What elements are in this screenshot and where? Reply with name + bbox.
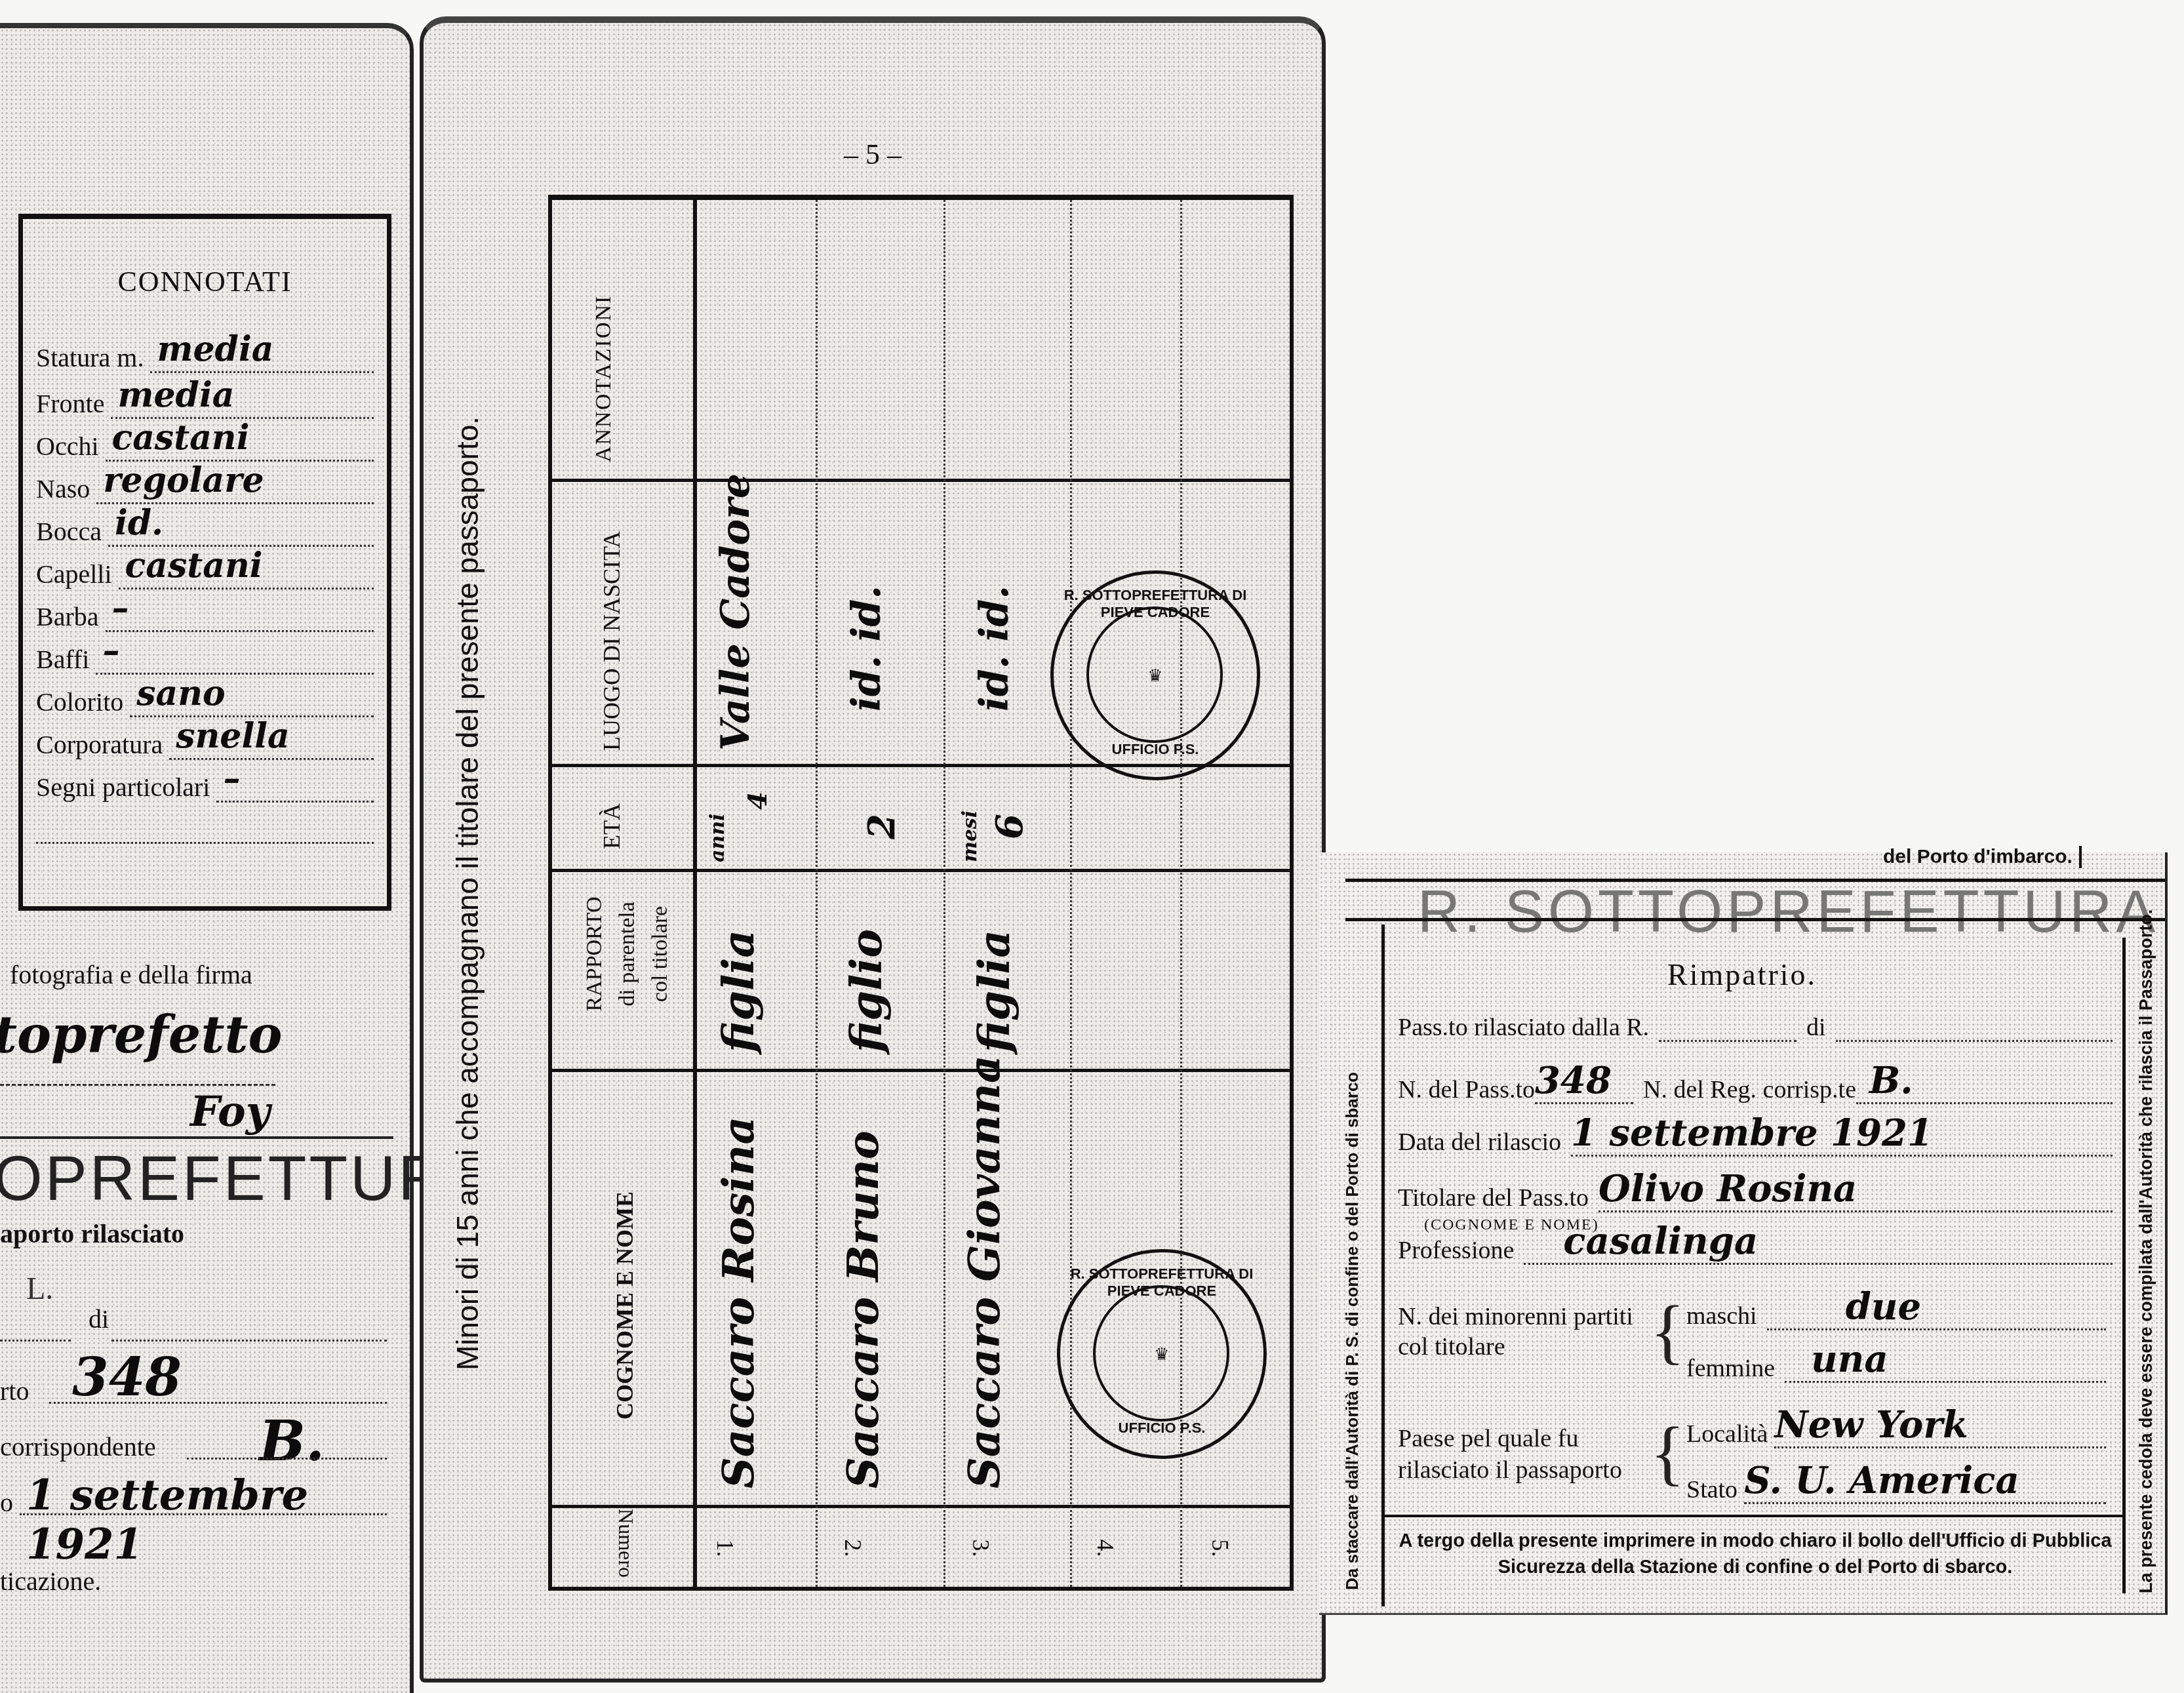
date-label: o [0, 1487, 13, 1518]
dotted-line [20, 1513, 387, 1515]
left-side-text: Da staccare dall'Autorità di P. S. di co… [1342, 1072, 1362, 1590]
connotati-row: Coloritosano [36, 671, 374, 717]
row-2-birthplace: id. id. [844, 586, 890, 711]
stamp-inner-text: UFFICIO P.S. [1054, 741, 1257, 758]
stamp-partial: OPREFETTURA [0, 1143, 491, 1215]
footer-partial: ticazione. [0, 1566, 101, 1597]
connotati-row: Boccaid. [36, 501, 374, 547]
row-4-number: 4. [1092, 1540, 1119, 1557]
stamp-header: R. SOTTOPREFETTURA [1418, 879, 2159, 946]
field-localita: Località New York [1686, 1403, 2106, 1448]
passport-issued-label: aporto rilasciato [0, 1218, 184, 1249]
footer-rule [1385, 1515, 2122, 1517]
connotati-row: Frontemedia [36, 373, 374, 419]
middle-page: – 5 – Minori di 15 anni che accompagnano… [420, 16, 1326, 1683]
row-1-birthplace: Valle Cadore [713, 473, 759, 751]
minors-table: ANNOTAZIONI LUOGO DI NASCITA ETÀ RAPPORT… [548, 195, 1294, 1591]
crest-icon: ♛ [1060, 1344, 1263, 1364]
signature-title: toprefetto [0, 1005, 283, 1065]
signature-initials: Foy [190, 1087, 270, 1136]
num-reg-value: B. [1856, 1059, 2113, 1104]
field-stato: Stato S. U. America [1686, 1459, 2106, 1504]
row-2-name: Saccaro Bruno [837, 1130, 888, 1488]
titolare-value: Olivo Rosina [1598, 1167, 2113, 1212]
row-5-number: 5. [1206, 1540, 1234, 1557]
row-1-relation: figlia [713, 930, 764, 1052]
top-tab-text: del Porto d'imbarco. [1883, 846, 2082, 868]
rilasciato-value [1659, 1040, 1797, 1042]
col-divider [552, 479, 1290, 482]
connotati-row: Nasoregolare [36, 458, 374, 504]
row-2-number: 2. [839, 1540, 867, 1557]
connotati-row: Segni particolari– [36, 757, 374, 803]
register-value: B. [259, 1408, 325, 1473]
stamp-inner-text: UFFICIO P.S. [1060, 1420, 1263, 1437]
crest-icon: ♛ [1054, 666, 1257, 686]
field-numbers: N. del Pass.to 348 N. del Reg. corrisp.t… [1398, 1059, 2113, 1104]
field-data: Data del rilascio 1 settembre 1921 [1398, 1111, 2113, 1157]
row-3-age-unit: mesi [959, 810, 982, 862]
row-1-age-unit: anni [706, 814, 729, 862]
dotted-line [111, 1340, 387, 1342]
field-titolare: Titolare del Pass.to Olivo Rosina [1398, 1167, 2113, 1212]
connotati-box: CONNOTATI Statura m.media Frontemedia Oc… [18, 214, 391, 911]
left-page: CONNOTATI Statura m.media Frontemedia Oc… [0, 23, 414, 1693]
header-rapporto: RAPPORTO di parentela col titolare [578, 862, 677, 1046]
header-divider [693, 200, 697, 1587]
dotted-line [187, 1458, 387, 1460]
connotati-row: Baffi– [36, 629, 374, 675]
row-2-age: 2 [860, 814, 903, 839]
brace: { [1650, 1416, 1685, 1488]
connotati-row: Capellicastani [36, 544, 374, 589]
di-value [1836, 1040, 2113, 1042]
signature-rule [0, 1136, 393, 1139]
photo-caption: fotografia e della firma [10, 959, 252, 990]
minorenni-label: N. dei minorenni partiti col titolare [1398, 1302, 1654, 1362]
connotati-title: CONNOTATI [23, 265, 387, 298]
field-rilasciato: Pass.to rilasciato dalla R. di [1398, 1013, 2113, 1042]
data-value: 1 settembre 1921 [1571, 1111, 2113, 1157]
row-divider [816, 200, 818, 1587]
blank-line [36, 842, 374, 844]
card-footer: A tergo della presente imprimere in modo… [1391, 1528, 2119, 1580]
localita-value: New York [1774, 1403, 2106, 1448]
side-title: Minori di 15 anni che accompagnano il ti… [450, 256, 485, 1370]
official-stamp: R. SOTTOPREFETTURA DI PIEVE CADORE ♛ UFF… [1057, 1249, 1267, 1459]
right-side-text: La presente cedola deve essere compilata… [2135, 905, 2156, 1593]
right-rule [2122, 938, 2126, 1593]
professione-value: casalinga [1524, 1220, 2113, 1265]
header-cognome-nome: COGNOME E NOME [611, 1191, 639, 1420]
num-pass-value: 348 [1535, 1059, 1633, 1104]
left-rule [1381, 925, 1385, 1606]
row-3-age: 6 [988, 814, 1031, 839]
header-annotazioni: ANNOTAZIONI [591, 295, 616, 462]
page-number: – 5 – [424, 138, 1322, 171]
stamp-outer-text: R. SOTTOPREFETTURA DI PIEVE CADORE [1054, 587, 1257, 621]
brace: { [1650, 1295, 1685, 1367]
rimpatrio-card: del Porto d'imbarco. R. SOTTOPREFETTURA … [1319, 852, 2168, 1615]
stamp-outer-text: R. SOTTOPREFETTURA DI PIEVE CADORE [1060, 1265, 1263, 1300]
di-label: di [89, 1304, 109, 1334]
row-2-relation: figlio [841, 929, 892, 1052]
dotted-line [0, 1340, 71, 1342]
connotati-row: Occhicastani [36, 416, 374, 462]
number-value: 348 [72, 1346, 182, 1408]
paese-label: Paese pel quale fu rilasciato il passapo… [1398, 1423, 1660, 1486]
header-eta: ETÀ [598, 803, 625, 849]
stato-value: S. U. America [1744, 1459, 2106, 1504]
signature-line [0, 1084, 275, 1086]
row-1-number: 1. [711, 1540, 739, 1557]
official-stamp: R. SOTTOPREFETTURA DI PIEVE CADORE ♛ UFF… [1050, 570, 1260, 780]
col-divider [552, 1505, 1290, 1508]
col-divider [552, 1069, 1290, 1072]
issuer-code: L. [26, 1271, 53, 1307]
field-professione: Professione casalinga [1398, 1220, 2113, 1265]
row-3-name: Saccaro Giovanna [959, 1055, 1010, 1488]
card-title: Rimpatrio. [1319, 957, 2165, 992]
row-1-age: 4 [742, 791, 773, 810]
connotati-row: Barba– [36, 586, 374, 632]
connotati-row: Corporaturasnella [36, 714, 374, 760]
femmine-value: una [1785, 1338, 2106, 1383]
row-3-number: 3. [967, 1540, 995, 1557]
field-femmine: femmine una [1686, 1338, 2106, 1383]
register-label: corrispondente [0, 1431, 156, 1462]
dotted-line [49, 1402, 387, 1404]
connotati-row: Statura m.media [36, 327, 374, 373]
row-3-relation: figlia [968, 930, 1020, 1052]
row-divider [943, 200, 945, 1587]
row-3-birthplace: id. id. [972, 586, 1018, 711]
date-value: 1 settembre 1921 [26, 1471, 410, 1569]
field-maschi: maschi due [1686, 1285, 2106, 1330]
maschi-value: due [1767, 1285, 2106, 1330]
header-rule [1345, 918, 2165, 921]
header-numero: Numero [614, 1509, 638, 1578]
row-1-name: Saccaro Rosina [713, 1117, 764, 1488]
number-label: rto [0, 1376, 29, 1406]
header-luogo: LUOGO DI NASCITA [598, 531, 625, 751]
